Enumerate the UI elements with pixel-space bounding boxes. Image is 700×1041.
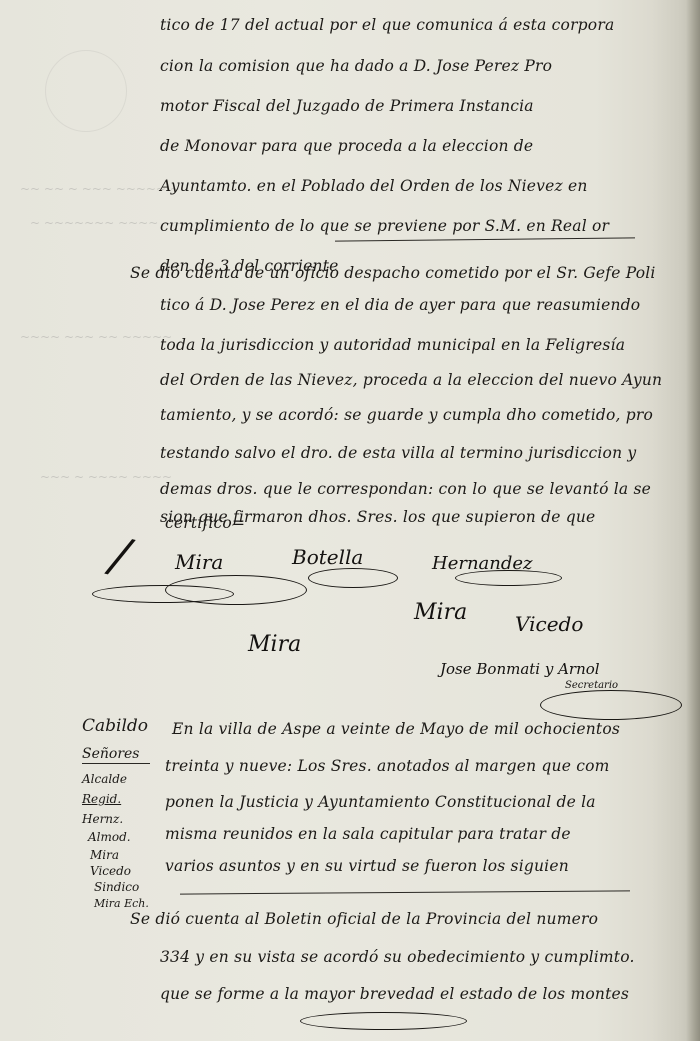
signature-botella: Botella: [292, 545, 363, 569]
signature-secretary: Jose Bonmati y Arnol: [440, 660, 600, 678]
signature-flourish: [540, 690, 682, 720]
text-line: motor Fiscal del Juzgado de Primera Inst…: [160, 97, 534, 115]
text-line: En la villa de Aspe a veinte de Mayo de …: [172, 720, 620, 738]
text-line: tico de 17 del actual por el que comunic…: [160, 16, 614, 34]
signature-vicedo: Vicedo: [515, 612, 583, 636]
text-line: 334 y en su vista se acordó su obedecimi…: [160, 948, 635, 966]
text-line: toda la jurisdiccion y autoridad municip…: [160, 336, 625, 354]
text-line: tamiento, y se acordó: se guarde y cumpl…: [160, 406, 653, 424]
signature-mira-3: Mira: [248, 632, 301, 657]
margin-member: Mira Ech.: [94, 897, 149, 910]
margin-member: Regid.: [82, 792, 121, 806]
margin-rule: [82, 763, 150, 764]
signature-flourish: [165, 575, 307, 605]
text-line: certifico=: [165, 514, 245, 532]
text-line: tico á D. Jose Perez en el dia de ayer p…: [160, 296, 640, 314]
manuscript-page: ~~ ~~ ~ ~~~ ~~~~~ ~ ~ ~~~~~~~ ~~~~ ~~ ~~…: [0, 0, 700, 1041]
bleed-through-text: ~~~~ ~~~ ~~ ~~~~~: [20, 330, 172, 344]
book-spine-shadow: [686, 0, 700, 1041]
text-line: que se forme a la mayor brevedad el esta…: [160, 985, 629, 1003]
text-line: cion la comision que ha dado a D. Jose P…: [160, 57, 552, 75]
text-line: ponen la Justicia y Ayuntamiento Constit…: [165, 793, 596, 811]
text-line: Ayuntamto. en el Poblado del Orden de lo…: [160, 177, 588, 195]
margin-subtitle-senores: Señores: [82, 746, 139, 762]
margin-member: Vicedo: [90, 864, 131, 878]
text-line: Se dió cuenta al Boletin oficial de la P…: [130, 910, 598, 928]
margin-title-cabildo: Cabildo: [82, 716, 148, 736]
line-fill-rule: [335, 237, 635, 241]
text-line: demas dros. que le correspondan: con lo …: [160, 480, 651, 498]
text-line: del Orden de las Nievez, proceda a la el…: [160, 371, 662, 389]
signature-flourish: [455, 570, 562, 586]
margin-member: Almod.: [88, 830, 131, 844]
paraph-flourish: [300, 1012, 467, 1030]
text-line: testando salvo el dro. de esta villa al …: [160, 444, 636, 462]
signature-mira: Mira: [175, 550, 223, 574]
text-line: cumplimiento de lo que se previene por S…: [160, 217, 609, 235]
text-line: misma reunidos en la sala capitular para…: [165, 825, 571, 843]
bleed-through-text: ~~~ ~ ~~~~ ~~~~: [40, 470, 172, 484]
faint-seal-watermark: [45, 50, 127, 132]
margin-member: Sindico: [94, 880, 139, 894]
line-fill-rule: [180, 890, 630, 894]
text-line: varios asuntos y en su virtud se fueron …: [165, 857, 569, 875]
text-line: de Monovar para que proceda a la eleccio…: [160, 137, 533, 155]
margin-member: Hernz.: [82, 812, 123, 826]
signature-flourish: [308, 568, 398, 588]
signature-mira-2: Mira: [414, 600, 467, 625]
margin-member: Alcalde: [82, 772, 127, 786]
margin-member: Mira: [90, 848, 119, 862]
text-line: treinta y nueve: Los Sres. anotados al m…: [165, 757, 610, 775]
rubric-stroke: /: [106, 527, 133, 585]
bleed-through-text: ~~ ~~ ~ ~~~ ~~~~~ ~: [20, 182, 180, 196]
text-line: Se dió cuenta de un oficio despacho come…: [130, 264, 656, 282]
